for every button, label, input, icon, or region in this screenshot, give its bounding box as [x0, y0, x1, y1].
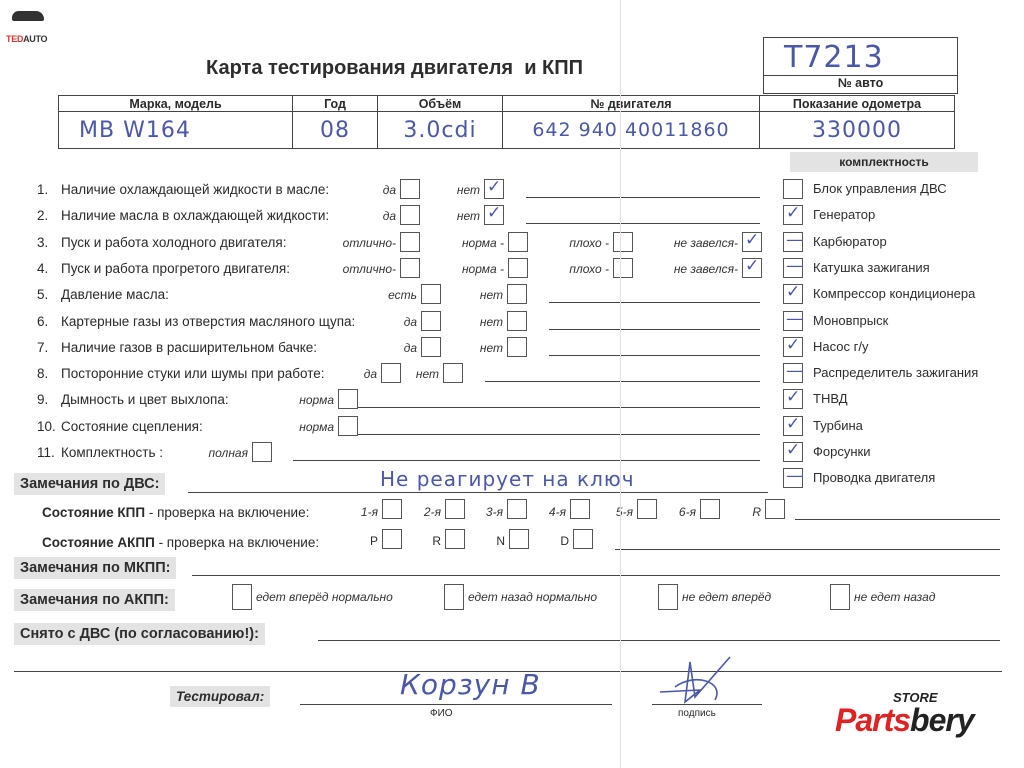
check-mark-icon: ✓	[786, 282, 800, 302]
option-checkbox[interactable]	[338, 416, 358, 436]
question-number: 8.	[37, 366, 48, 381]
option-label: да	[383, 183, 396, 197]
check-mark-icon: ✓	[745, 256, 759, 276]
option-checkbox[interactable]	[613, 232, 633, 252]
question-number: 9.	[37, 392, 48, 407]
kit-checkbox[interactable]: —	[783, 363, 803, 383]
car-number-box: Т7213 № авто	[763, 37, 958, 94]
question-text: Пуск и работа холодного двигателя:	[61, 235, 287, 250]
option-label: да	[383, 209, 396, 223]
option-label: не завелся-	[674, 236, 738, 250]
col-volume: Объём	[378, 96, 503, 112]
car-number-value: Т7213	[784, 40, 884, 75]
akpp-remark-label: не едет назад	[854, 590, 935, 604]
option-checkbox[interactable]	[507, 337, 527, 357]
kit-item-label: Распределитель зажигания	[813, 365, 978, 380]
gear-checkbox[interactable]	[637, 499, 657, 519]
value-volume[interactable]: 3.0cdi	[378, 112, 503, 149]
option-checkbox[interactable]	[252, 442, 272, 462]
kit-checkbox[interactable]: ✓	[783, 337, 803, 357]
kit-item-label: Компрессор кондиционера	[813, 286, 975, 301]
kit-checkbox[interactable]: ✓	[783, 442, 803, 462]
question-comment-line[interactable]	[485, 381, 760, 382]
name-caption: ФИО	[430, 708, 453, 719]
question-comment-line[interactable]	[358, 434, 760, 435]
kit-checkbox[interactable]: —	[783, 232, 803, 252]
gear-checkbox[interactable]	[445, 499, 465, 519]
option-label: норма -	[462, 262, 504, 276]
kit-checkbox[interactable]: —	[783, 468, 803, 488]
value-odometer[interactable]: 330000	[760, 112, 955, 149]
gear-label: 5-я	[616, 505, 633, 519]
option-checkbox[interactable]	[400, 205, 420, 225]
question-text: Наличие охлаждающей жидкости в масле:	[61, 182, 329, 197]
option-checkbox[interactable]	[507, 311, 527, 331]
col-odometer: Показание одометра	[760, 96, 955, 112]
kit-item-label: Карбюратор	[813, 234, 887, 249]
option-checkbox[interactable]	[400, 179, 420, 199]
tester-name[interactable]: Корзун В	[400, 668, 541, 701]
kit-checkbox[interactable]: ✓	[783, 389, 803, 409]
signature-caption: подпись	[678, 708, 716, 719]
value-engine-number[interactable]: 642 940 40011860	[503, 112, 760, 149]
kit-checkbox[interactable]: —	[783, 311, 803, 331]
gear-checkbox[interactable]	[570, 499, 590, 519]
check-mark-icon: ✓	[487, 177, 501, 197]
question-comment-line[interactable]	[358, 407, 760, 408]
gear-label: 6-я	[679, 505, 696, 519]
akpp-remark-checkbox[interactable]	[444, 584, 464, 610]
col-engine-number: № двигателя	[503, 96, 760, 112]
akpp-remark-label: не едет вперёд	[682, 590, 771, 604]
removed-line[interactable]	[318, 640, 1000, 641]
question-text: Дымность и цвет выхлопа:	[61, 392, 229, 407]
engine-remarks-label: Замечания по ДВС:	[14, 473, 165, 495]
question-text: Комплектность :	[61, 445, 163, 460]
col-make-model: Марка, модель	[59, 96, 293, 112]
kit-title: комплектность	[790, 152, 978, 172]
check-mark-icon: ✓	[786, 414, 800, 434]
partsbery-logo: STORE Partsbery	[835, 690, 1005, 750]
akpp-remark-checkbox[interactable]	[232, 584, 252, 610]
option-label: норма -	[462, 236, 504, 250]
signature[interactable]	[655, 652, 755, 707]
auto-remarks-label: Замечания по АКПП:	[14, 589, 175, 611]
question-text: Посторонние стуки или шумы при работе:	[61, 366, 325, 381]
option-label: нет	[457, 209, 480, 223]
gear-label: R	[432, 534, 441, 548]
question-comment-line[interactable]	[526, 223, 760, 224]
gear-checkbox[interactable]	[509, 529, 529, 549]
car-icon	[12, 11, 44, 21]
kit-checkbox[interactable]: ✓	[783, 284, 803, 304]
engine-remarks-line	[188, 492, 768, 493]
check-mark-icon: ✓	[786, 387, 800, 407]
option-label: не завелся-	[674, 262, 738, 276]
name-line	[300, 704, 612, 705]
question-text: Наличие газов в расширительном бачке:	[61, 340, 317, 355]
option-label: нет	[480, 341, 503, 355]
akpp-remark-checkbox[interactable]	[830, 584, 850, 610]
question-text: Картерные газы из отверстия масляного щу…	[61, 314, 355, 329]
check-mark-icon: —	[786, 230, 803, 250]
removed-label: Снято с ДВС (по согласованию!):	[14, 623, 265, 645]
auto-gearbox-line	[615, 549, 1000, 550]
option-checkbox[interactable]	[400, 258, 420, 278]
akpp-remark-label: едет вперёд нормально	[256, 590, 393, 604]
akpp-remark-label: едет назад нормально	[468, 590, 597, 604]
manual-gearbox-line	[795, 519, 1000, 520]
option-label: нет	[457, 183, 480, 197]
question-number: 3.	[37, 235, 48, 250]
option-label: да	[404, 341, 417, 355]
option-checkbox[interactable]	[421, 311, 441, 331]
option-checkbox[interactable]	[508, 232, 528, 252]
gear-checkbox[interactable]	[382, 529, 402, 549]
question-text: Пуск и работа прогретого двигателя:	[61, 261, 290, 276]
logo-bery: bery	[910, 702, 974, 738]
question-number: 1.	[37, 182, 48, 197]
auto-gearbox-check-label: Состояние АКПП - проверка на включение:	[42, 535, 319, 550]
kit-item-label: Блок управления ДВС	[813, 181, 947, 196]
option-checkbox[interactable]	[381, 363, 401, 383]
option-label: плохо -	[569, 236, 609, 250]
check-mark-icon: ✓	[745, 230, 759, 250]
kit-item-label: Форсунки	[813, 444, 870, 459]
gear-label: 4-я	[549, 505, 566, 519]
option-label: нет	[480, 315, 503, 329]
question-number: 11.	[37, 445, 55, 460]
option-label: да	[404, 315, 417, 329]
question-text: Состояние сцепления:	[61, 419, 203, 434]
kit-checkbox[interactable]: ✓	[783, 205, 803, 225]
fold-line	[620, 0, 621, 768]
option-checkbox[interactable]: ✓	[742, 258, 762, 278]
gear-checkbox[interactable]	[507, 499, 527, 519]
gear-checkbox[interactable]	[382, 499, 402, 519]
manual-gearbox-check-label: Состояние КПП - проверка на включение:	[42, 505, 309, 520]
question-comment-line[interactable]	[549, 329, 760, 330]
question-text: Наличие масла в охлаждающей жидкости:	[61, 208, 329, 223]
form-title: Карта тестирования двигателя и КПП	[206, 57, 583, 80]
gear-label: 1-я	[361, 505, 378, 519]
tedauto-logo: TEDAUTO	[4, 8, 54, 38]
option-checkbox[interactable]	[507, 284, 527, 304]
gear-label: 3-я	[486, 505, 503, 519]
kit-checkbox[interactable]: —	[783, 258, 803, 278]
option-label: отлично-	[343, 236, 396, 250]
check-mark-icon: —	[786, 256, 803, 276]
question-number: 7.	[37, 340, 48, 355]
question-comment-line[interactable]	[549, 355, 760, 356]
option-checkbox[interactable]	[508, 258, 528, 278]
option-checkbox[interactable]	[421, 284, 441, 304]
gear-label: R	[752, 505, 761, 519]
option-checkbox[interactable]: ✓	[484, 205, 504, 225]
option-checkbox[interactable]	[400, 232, 420, 252]
kit-checkbox[interactable]: ✓	[783, 416, 803, 436]
check-mark-icon: ✓	[786, 335, 800, 355]
option-label: норма	[299, 420, 334, 434]
question-number: 2.	[37, 208, 48, 223]
tested-by-label: Тестировал:	[170, 686, 270, 707]
question-number: 6.	[37, 314, 48, 329]
option-checkbox[interactable]	[338, 389, 358, 409]
option-label: есть	[388, 288, 417, 302]
manual-remarks-line[interactable]	[192, 575, 1000, 576]
gear-label: P	[370, 534, 378, 548]
kit-checkbox[interactable]	[783, 179, 803, 199]
check-mark-icon: —	[786, 309, 803, 329]
option-checkbox[interactable]	[443, 363, 463, 383]
question-comment-line[interactable]	[526, 197, 760, 198]
question-text: Давление масла:	[61, 287, 169, 302]
car-number-label: № авто	[764, 75, 957, 93]
option-checkbox[interactable]	[613, 258, 633, 278]
question-number: 4.	[37, 261, 48, 276]
logo-dark-part: AUTO	[23, 34, 47, 44]
logo-red-part: TED	[6, 34, 23, 44]
check-mark-icon: —	[786, 361, 803, 381]
option-label: полная	[209, 446, 248, 460]
col-year: Год	[293, 96, 378, 112]
kit-item-label: ТНВД	[813, 391, 848, 406]
kit-item-label: Генератор	[813, 207, 875, 222]
check-mark-icon: ✓	[786, 440, 800, 460]
value-year[interactable]: 08	[293, 112, 378, 149]
option-checkbox[interactable]	[421, 337, 441, 357]
gear-checkbox[interactable]	[445, 529, 465, 549]
kit-item-label: Катушка зажигания	[813, 260, 930, 275]
kit-item-label: Проводка двигателя	[813, 470, 935, 485]
gear-label: N	[496, 534, 505, 548]
option-label: плохо -	[569, 262, 609, 276]
question-comment-line[interactable]	[293, 460, 760, 461]
option-checkbox[interactable]: ✓	[742, 232, 762, 252]
engine-remarks-value[interactable]: Не реагирует на ключ	[380, 467, 635, 491]
manual-remarks-label: Замечания по МКПП:	[14, 557, 176, 579]
check-mark-icon: —	[786, 466, 803, 486]
option-checkbox[interactable]: ✓	[484, 179, 504, 199]
gear-checkbox[interactable]	[765, 499, 785, 519]
check-mark-icon: ✓	[487, 203, 501, 223]
option-label: да	[364, 367, 377, 381]
option-label: нет	[480, 288, 503, 302]
kit-item-label: Насос г/у	[813, 339, 868, 354]
question-number: 10.	[37, 419, 56, 434]
value-make-model[interactable]: MB W164	[59, 112, 293, 149]
option-label: отлично-	[343, 262, 396, 276]
question-comment-line[interactable]	[549, 302, 760, 303]
option-label: норма	[299, 393, 334, 407]
gear-checkbox[interactable]	[700, 499, 720, 519]
question-number: 5.	[37, 287, 48, 302]
kit-item-label: Турбина	[813, 418, 863, 433]
option-label: нет	[416, 367, 439, 381]
vehicle-info-table: Марка, модель Год Объём № двигателя Пока…	[58, 95, 955, 149]
kit-item-label: Моновпрыск	[813, 313, 888, 328]
logo-parts: Parts	[835, 702, 910, 738]
gear-checkbox[interactable]	[573, 529, 593, 549]
akpp-remark-checkbox[interactable]	[658, 584, 678, 610]
check-mark-icon: ✓	[786, 203, 800, 223]
gear-label: 2-я	[424, 505, 441, 519]
gear-label: D	[560, 534, 569, 548]
